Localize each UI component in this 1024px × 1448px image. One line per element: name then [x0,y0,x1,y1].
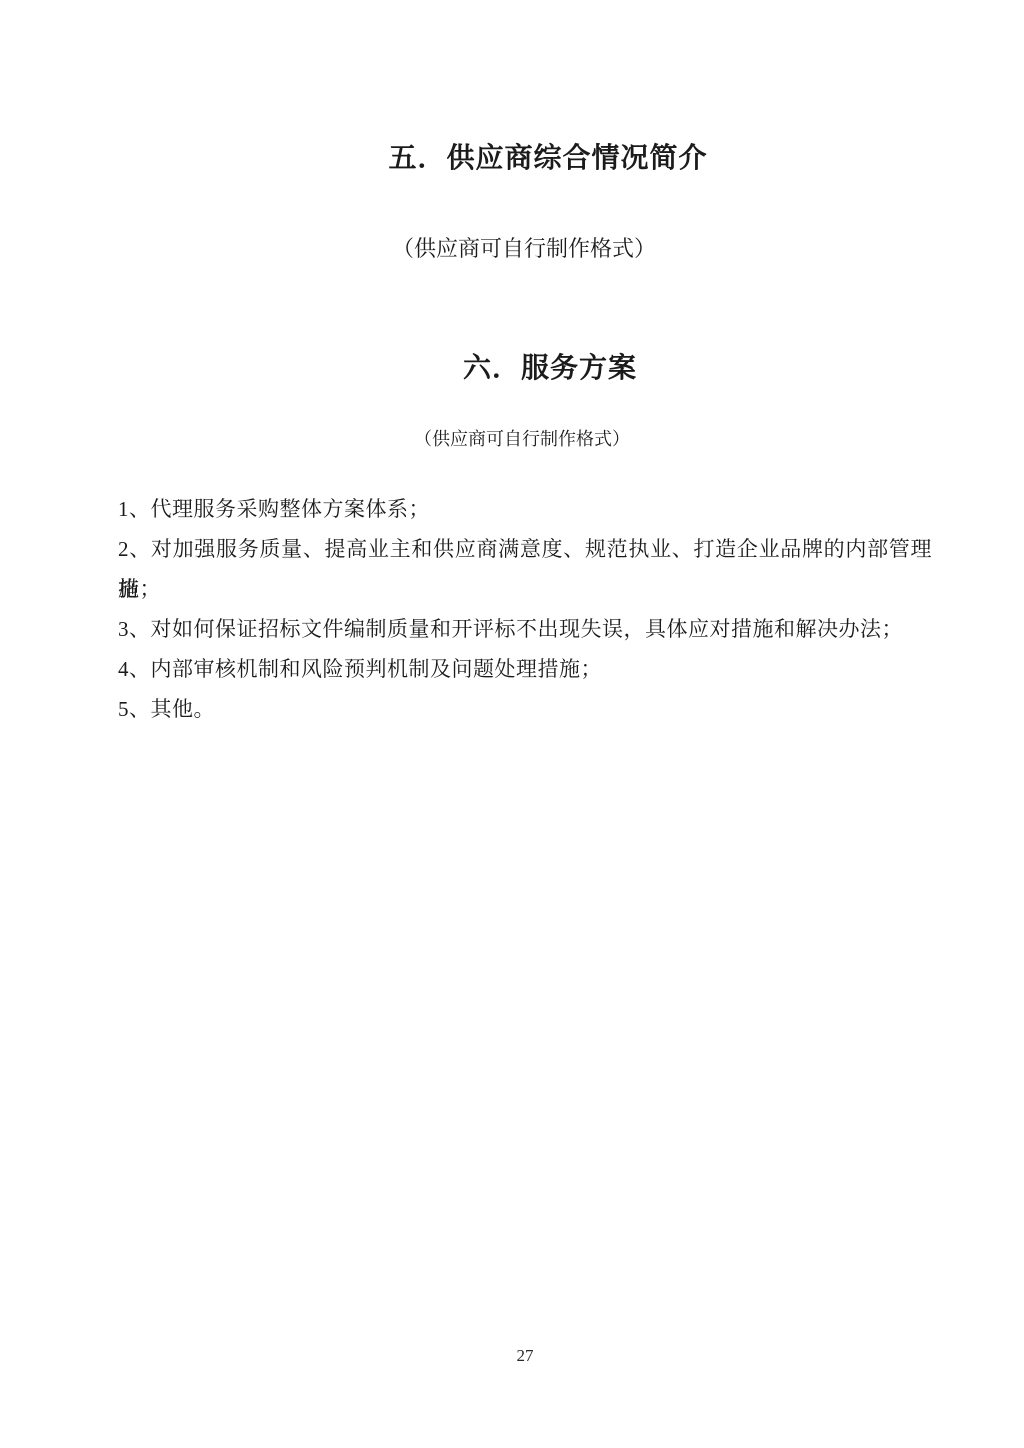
section-5-format-note: （供应商可自行制作格式） [0,235,1024,262]
section-6-format-note: （供应商可自行制作格式） [0,428,1024,451]
section-6-heading: 六．服务方案 [0,352,1024,386]
list-line-4: 4、内部审核机制和风险预判机制及问题处理措施； [118,649,932,689]
service-plan-list: 1、代理服务采购整体方案体系； 2、对加强服务质量、提高业主和供应商满意度、规范… [118,489,932,729]
list-line-2: 2、对加强服务质量、提高业主和供应商满意度、规范执业、打造企业品牌的内部管理措 [118,529,932,569]
section-5-heading: 五．供应商综合情况简介 [0,142,1024,176]
page-number: 27 [0,1345,1024,1366]
document-page: 五．供应商综合情况简介 （供应商可自行制作格式） 六．服务方案 （供应商可自行制… [0,0,1024,1448]
list-line-1: 1、代理服务采购整体方案体系； [118,489,932,529]
list-line-2-continuation: 施； [118,569,932,609]
list-line-3: 3、对如何保证招标文件编制质量和开评标不出现失误，具体应对措施和解决办法； [118,609,932,649]
list-line-5: 5、其他。 [118,689,932,729]
